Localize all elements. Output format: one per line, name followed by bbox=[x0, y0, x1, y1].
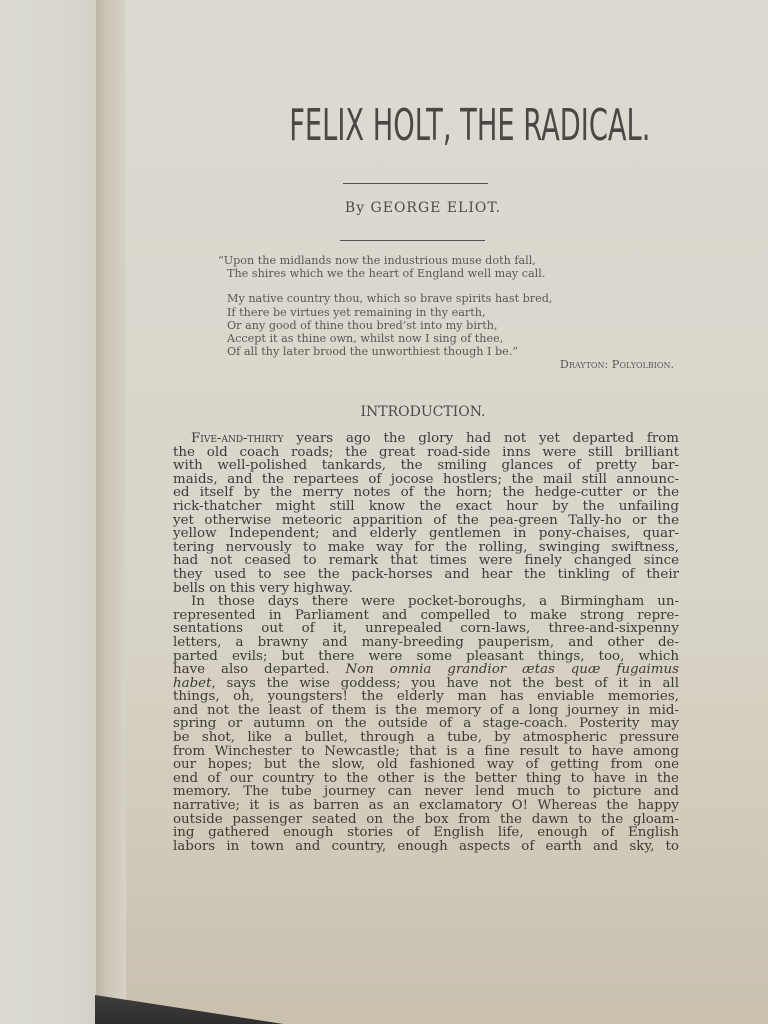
text-line: labors in town and country, enough aspec… bbox=[173, 840, 679, 854]
text-line: yellow Independent; and elderly gentleme… bbox=[173, 527, 679, 541]
text-line: and not the least of them is the memory … bbox=[173, 704, 679, 718]
book-title: FELIX HOLT, THE RADICAL. bbox=[289, 100, 587, 151]
text-line: habet, says the wise goddess; you have n… bbox=[173, 677, 679, 691]
epigraph-line: If there be virtues yet remaining in thy… bbox=[218, 306, 678, 319]
lead-words: Five-and-thirty bbox=[191, 431, 284, 446]
epigraph-attribution: Drayton: Polyolbion. bbox=[218, 358, 678, 371]
text-line: ing gathered enough stories of English l… bbox=[173, 826, 679, 840]
epigraph-line: “Upon the midlands now the industrious m… bbox=[218, 254, 678, 267]
author-byline: By GEORGE ELIOT. bbox=[168, 200, 678, 216]
divider bbox=[343, 183, 488, 184]
text-line: bells on this very highway. bbox=[173, 582, 679, 596]
epigraph-line: Of all thy later brood the unworthiest t… bbox=[218, 345, 678, 358]
text-line: spring or autumn on the outside of a sta… bbox=[173, 717, 679, 731]
text-line: be shot, like a bullet, through a tube, … bbox=[173, 731, 679, 745]
text-line: parted evils; but there were some pleasa… bbox=[173, 650, 679, 664]
text-line: letters, a brawny and many-breeding paup… bbox=[173, 636, 679, 650]
text-line: from Winchester to Newcastle; that is a … bbox=[173, 745, 679, 759]
text-line: with well-polished tankards, the smiling… bbox=[173, 459, 679, 473]
text-line: they used to see the pack-horses and hea… bbox=[173, 568, 679, 582]
text-line: yet otherwise meteoric apparition of the… bbox=[173, 514, 679, 528]
text-line: In those days there were pocket-boroughs… bbox=[173, 595, 679, 609]
text-line: things, oh, youngsters! the elderly man … bbox=[173, 690, 679, 704]
text-line: have also departed. Non omnia grandior æ… bbox=[173, 663, 679, 677]
epigraph-line: Accept it as thine own, whilst now I sin… bbox=[218, 332, 678, 345]
text-line: had not ceased to remark that times were… bbox=[173, 554, 679, 568]
text-line: maids, and the repartees of jocose hostl… bbox=[173, 473, 679, 487]
book-gutter bbox=[96, 0, 126, 1024]
epigraph-line: The shires which we the heart of England… bbox=[218, 267, 678, 280]
epigraph-line: Or any good of thine thou bred’st into m… bbox=[218, 319, 678, 332]
text-line: memory. The tube journey can never lend … bbox=[173, 785, 679, 799]
text-line: Five-and-thirty years ago the glory had … bbox=[173, 432, 679, 446]
epigraph: “Upon the midlands now the industrious m… bbox=[218, 254, 678, 372]
left-page bbox=[0, 0, 108, 1024]
divider bbox=[340, 240, 485, 241]
body-text: Five-and-thirty years ago the glory had … bbox=[173, 432, 679, 853]
text-line: tering nervously to make way for the rol… bbox=[173, 541, 679, 555]
section-heading: INTRODUCTION. bbox=[168, 404, 678, 420]
text-line: the old coach roads; the great road-side… bbox=[173, 446, 679, 460]
text-line: ed itself by the merry notes of the horn… bbox=[173, 486, 679, 500]
text-line: represented in Parliament and compelled … bbox=[173, 609, 679, 623]
text-line: outside passenger seated on the box from… bbox=[173, 813, 679, 827]
text-line: end of our country to the other is the b… bbox=[173, 772, 679, 786]
text-line: sentations out of it, unrepealed corn-la… bbox=[173, 622, 679, 636]
text-line: our hopes; but the slow, old fashioned w… bbox=[173, 758, 679, 772]
epigraph-line: My native country thou, which so brave s… bbox=[218, 292, 678, 305]
text-line: narrative; it is as barren as an exclama… bbox=[173, 799, 679, 813]
text-line: rick-thatcher might still know the exact… bbox=[173, 500, 679, 514]
